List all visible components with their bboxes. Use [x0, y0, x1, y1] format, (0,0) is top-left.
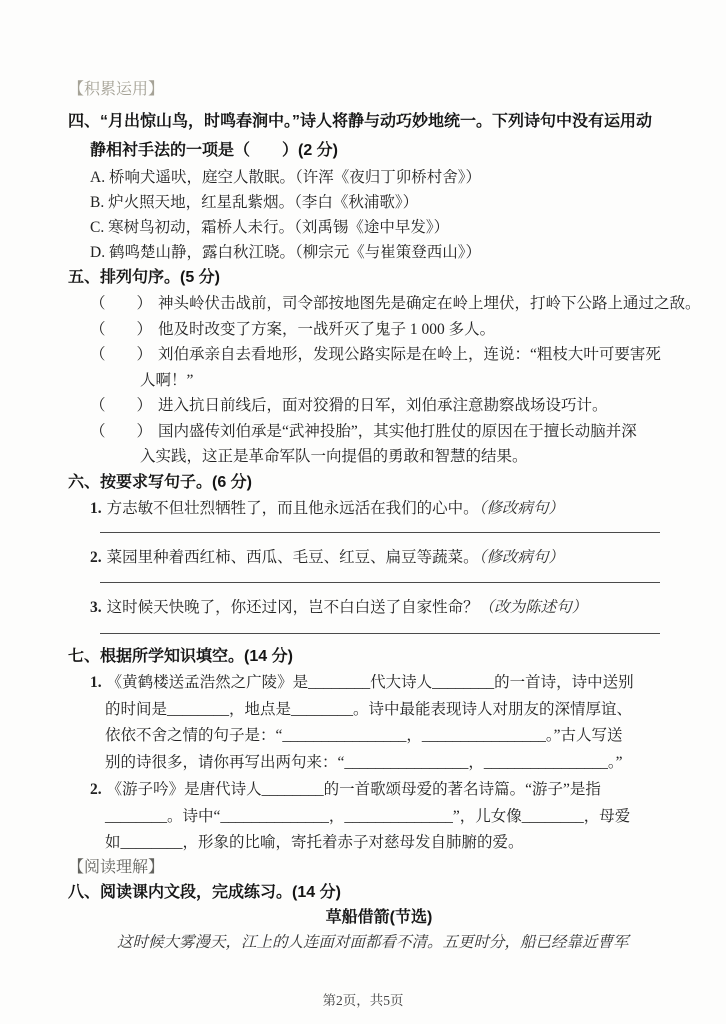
- q4-option-d: D. 鹤鸣楚山静，露白秋江晓。（柳宗元《与崔策登西山》）: [90, 240, 690, 265]
- q5-item-4: （ ）进入抗日前线后，面对狡猾的日军，刘伯承注意勘察战场设巧计。: [90, 393, 690, 419]
- q5-heading: 五、排列句序。(5 分): [68, 265, 690, 291]
- q5-item-2-text: 他及时改变了方案，一战歼灭了鬼子 1 000 多人。: [158, 321, 495, 338]
- q8-heading: 八、阅读课内文段，完成练习。(14 分): [68, 880, 690, 906]
- q6-answer-line-2: [100, 582, 660, 583]
- q5-item-5-text: 国内盛传刘伯承是“武神投胎”，其实他打胜仗的原因在于擅长动脑并深: [158, 423, 637, 440]
- q6-item-3-instruction: （改为陈述句）: [479, 599, 588, 616]
- q7-item-2-line1: 2.《游子吟》是唐代诗人________的一首歌颂母爱的著名诗篇。“游子”是指: [90, 777, 690, 804]
- q4-stem-line1: 四、“月出惊山鸟，时鸣春涧中。”诗人将静与动巧妙地统一。下列诗句中没有运用动: [68, 107, 690, 136]
- q7-item-1-line3: 依依不舍之情的句子是：“________________，___________…: [105, 723, 690, 750]
- q6-item-2-number: 2.: [90, 549, 102, 566]
- q4-option-c: C. 寒树鸟初动，霜桥人未行。（刘禹锡《途中早发》）: [90, 215, 690, 240]
- q5-answer-paren-1: （ ）: [90, 295, 152, 312]
- q6-item-3-text: 这时候天快晚了，你还过冈，岂不白白送了自家性命？: [107, 599, 479, 616]
- q5-item-5: （ ）国内盛传刘伯承是“武神投胎”，其实他打胜仗的原因在于擅长动脑并深: [90, 419, 690, 445]
- q6-heading: 六、按要求写句子。(6 分): [68, 470, 690, 496]
- section-label-reading: 【阅读理解】: [68, 858, 690, 878]
- q6-item-1: 1.方志敏不但壮烈牺牲了，而且他永远活在我们的心中。（修改病句）: [90, 496, 690, 522]
- q7-item-1-line4: 别的诗很多，请你再写出两句来：“________________，_______…: [105, 750, 690, 777]
- q7-item-1-line2: 的时间是________，地点是________。诗中最能表现诗人对朋友的深情厚…: [105, 697, 690, 724]
- q7-item-2-text: 《游子吟》是唐代诗人________的一首歌颂母爱的著名诗篇。“游子”是指: [107, 781, 601, 798]
- q5-item-3: （ ）刘伯承亲自去看地形，发现公路实际是在岭上，连说：“粗枝大叶可要害死: [90, 342, 690, 368]
- page-footer: 第2页，共5页: [0, 989, 726, 1009]
- q5-item-5-cont: 入实践，这正是革命军队一向提倡的勇敢和智慧的结果。: [140, 444, 690, 470]
- q5-answer-paren-3: （ ）: [90, 346, 152, 363]
- q6-item-2: 2.菜园里种着西红柿、西瓜、毛豆、红豆、扁豆等蔬菜。（修改病句）: [90, 545, 690, 571]
- q5-item-4-text: 进入抗日前线后，面对狡猾的日军，刘伯承注意勘察战场设巧计。: [158, 397, 608, 414]
- section-label-accumulation: 【积累运用】: [68, 80, 690, 100]
- q6-item-3-number: 3.: [90, 599, 102, 616]
- q6-item-1-number: 1.: [90, 500, 102, 517]
- q4-option-b: B. 炉火照天地，红星乱紫烟。（李白《秋浦歌》）: [90, 190, 690, 215]
- q5-answer-paren-5: （ ）: [90, 423, 152, 440]
- passage-line1: 这时候大雾漫天，江上的人连面对面都看不清。五更时分，船已经靠近曹军: [85, 930, 690, 956]
- q5-item-3-cont: 人啊！”: [140, 368, 690, 394]
- q4-stem-line2: 静相衬手法的一项是（ ）(2 分): [90, 136, 690, 165]
- q7-item-1-number: 1.: [90, 674, 102, 691]
- exam-page: 【积累运用】 四、“月出惊山鸟，时鸣春涧中。”诗人将静与动巧妙地统一。下列诗句中…: [0, 0, 726, 1024]
- q6-item-3: 3.这时候天快晚了，你还过冈，岂不白白送了自家性命？（改为陈述句）: [90, 595, 690, 621]
- q5-answer-paren-2: （ ）: [90, 321, 152, 338]
- q6-item-1-text: 方志敏不但壮烈牺牲了，而且他永远活在我们的心中。: [107, 500, 479, 517]
- q6-answer-line-3: [100, 633, 660, 634]
- q6-item-1-instruction: （修改病句）: [479, 500, 564, 517]
- q6-item-2-text: 菜园里种着西红柿、西瓜、毛豆、红豆、扁豆等蔬菜。: [107, 549, 479, 566]
- q7-item-2-line3: 如________，形象的比喻，寄托着赤子对慈母发自肺腑的爱。: [105, 830, 690, 857]
- q5-item-3-text: 刘伯承亲自去看地形，发现公路实际是在岭上，连说：“粗枝大叶可要害死: [158, 346, 661, 363]
- q4-option-a: A. 桥响犬遥吠，庭空人散眠。（许浑《夜归丁卯桥村舍》）: [90, 165, 690, 190]
- q7-heading: 七、根据所学知识填空。(14 分): [68, 644, 690, 670]
- q7-item-1-line1: 1.《黄鹤楼送孟浩然之广陵》是________代大诗人________的一首诗，…: [90, 670, 690, 697]
- q5-answer-paren-4: （ ）: [90, 397, 152, 414]
- q7-item-1-text: 《黄鹤楼送孟浩然之广陵》是________代大诗人________的一首诗，诗中…: [107, 674, 634, 691]
- q5-item-1: （ ）神头岭伏击战前，司令部按地图先是确定在岭上埋伏，打岭下公路上通过之敌。: [90, 291, 690, 317]
- q7-item-2-line2: ________。诗中“______________，_____________…: [105, 804, 690, 831]
- q6-answer-line-1: [100, 532, 660, 533]
- q6-item-2-instruction: （修改病句）: [479, 549, 564, 566]
- q5-item-1-text: 神头岭伏击战前，司令部按地图先是确定在岭上埋伏，打岭下公路上通过之敌。: [158, 295, 701, 312]
- passage-title: 草船借箭(节选): [68, 906, 690, 930]
- q5-item-2: （ ）他及时改变了方案，一战歼灭了鬼子 1 000 多人。: [90, 317, 690, 343]
- q7-item-2-number: 2.: [90, 781, 102, 798]
